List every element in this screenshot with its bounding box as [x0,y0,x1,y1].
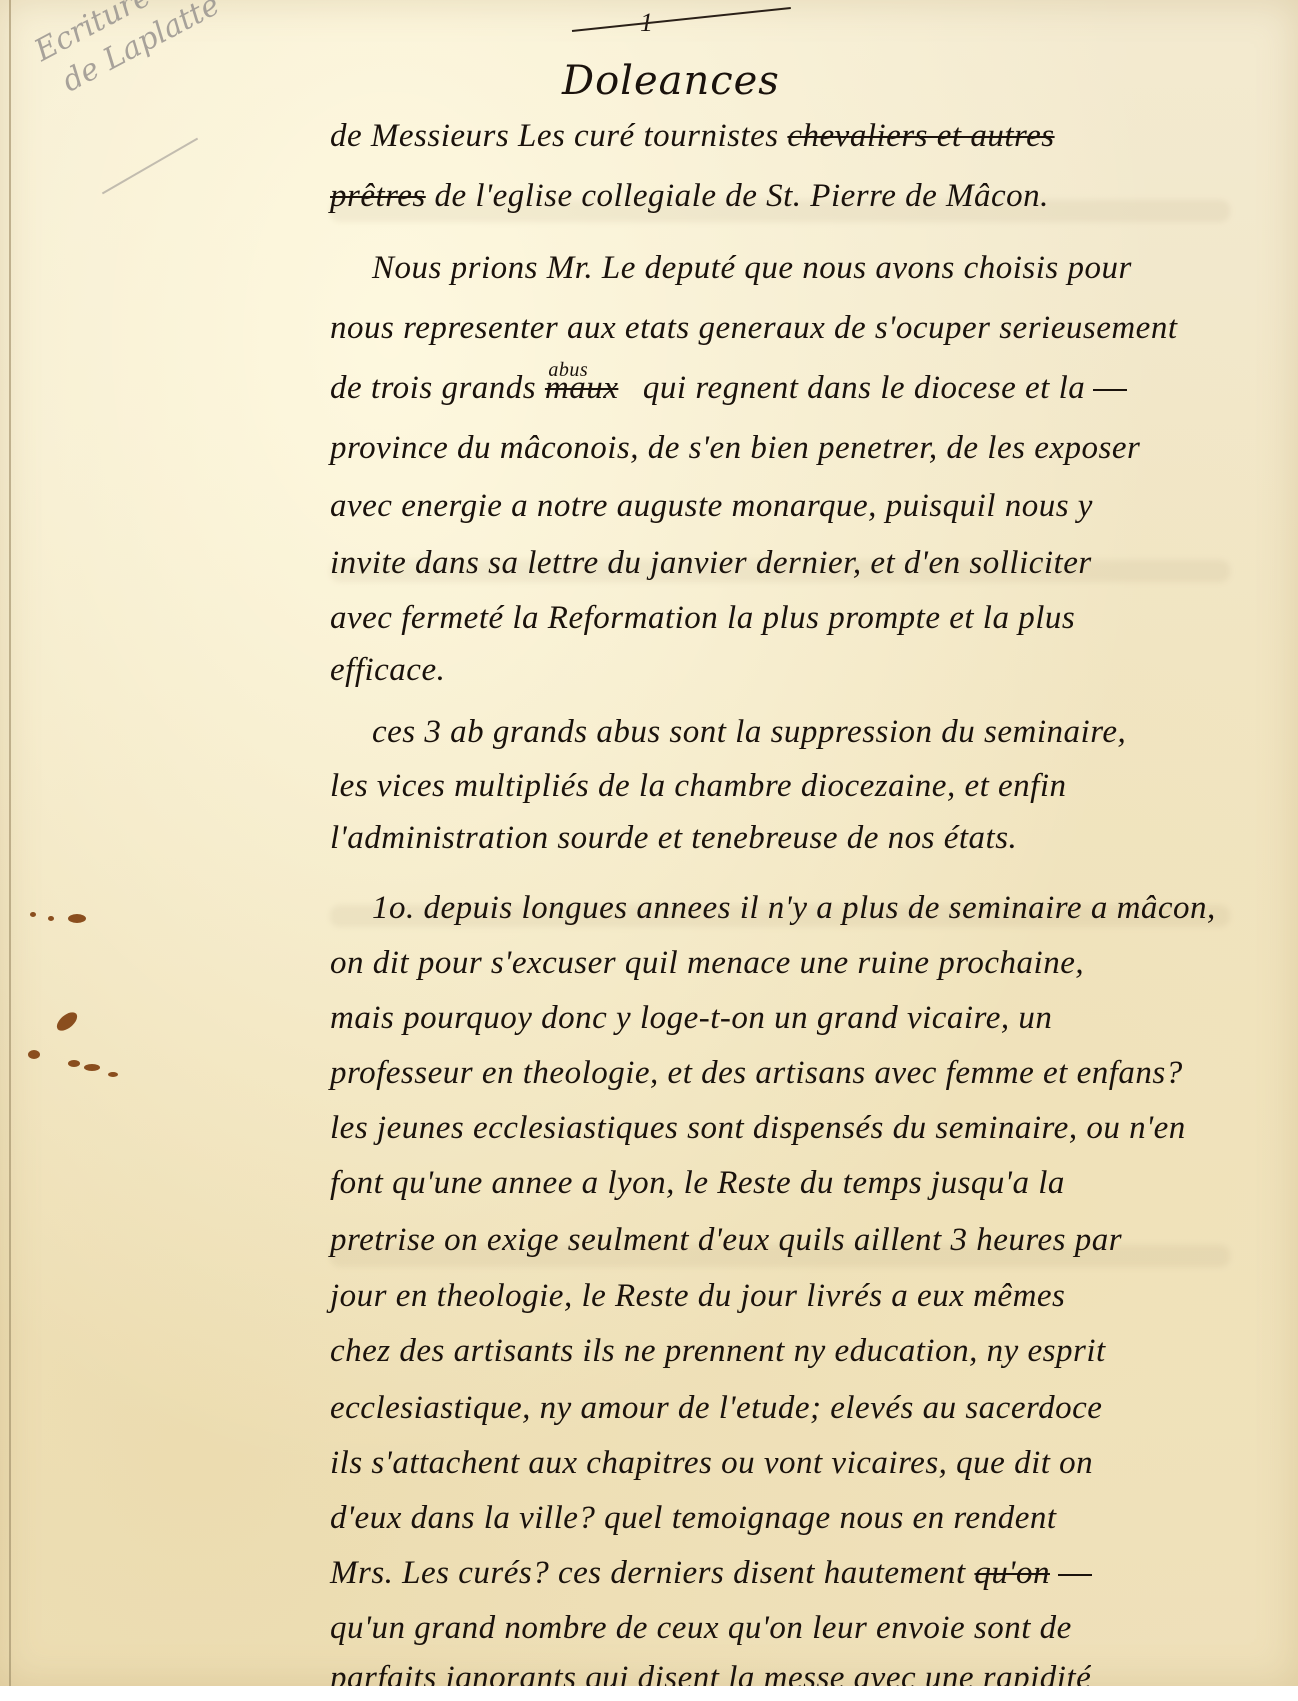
text-line: de trois grands mauxabus qui regnent dan… [330,370,1127,407]
text-line: Mrs. Les curés? ces derniers disent haut… [330,1555,1092,1592]
line-filler [1058,1574,1092,1576]
text-line: nous representer aux etats generaux de s… [330,310,1178,347]
text-line: professeur en theologie, et des artisans… [330,1055,1183,1092]
struck-text: chevaliers et autres [787,118,1054,154]
ink-stain [48,916,54,921]
text-line: jour en theologie, le Reste du jour livr… [330,1278,1065,1315]
interlinear-insertion: abus [548,359,588,381]
text-line: ces 3 ab grands abus sont la suppression… [372,714,1126,751]
document-title: Doleances [562,58,780,104]
text-line: province du mâconois, de s'en bien penet… [330,430,1140,467]
text-line: chez des artisants ils ne prennent ny ed… [330,1333,1106,1370]
text-line: l'administration sourde et tenebreuse de… [330,820,1017,857]
text-line: ecclesiastique, ny amour de l'etude; ele… [330,1390,1102,1427]
text-line: qu'un grand nombre de ceux qu'on leur en… [330,1610,1072,1647]
text-line: font qu'une annee a lyon, le Reste du te… [330,1165,1065,1202]
manuscript-page: Ecriture de Laplatte 1 Doleances de Mess… [0,0,1298,1686]
text-line: 1o. depuis longues annees il n'y a plus … [372,890,1216,927]
ink-stain [108,1072,118,1077]
line-filler [1093,389,1127,391]
heading-text: de l'eglise collegiale de St. Pierre de … [426,178,1049,214]
struck-text: qu'on [974,1555,1050,1591]
text-line: Nous prions Mr. Le deputé que nous avons… [372,250,1132,287]
text-line: ils s'attachent aux chapitres ou vont vi… [330,1445,1093,1482]
text-line: les jeunes ecclesiastiques sont dispensé… [330,1110,1186,1147]
text-line: mais pourquoy donc y loge-t-on un grand … [330,1000,1052,1037]
ink-stain [84,1064,100,1071]
text-line: parfaits ignorants qui disent la messe a… [330,1660,1091,1686]
text-line: d'eux dans la ville? quel temoignage nou… [330,1500,1057,1537]
text-line: avec energie a notre auguste monarque, p… [330,488,1093,525]
text-line: avec fermeté la Reformation la plus prom… [330,600,1075,637]
line-segment: qui regnent dans le diocese et la [634,370,1085,406]
text-line: efficace. [330,652,445,689]
text-line: les vices multipliés de la chambre dioce… [330,768,1067,805]
margin-note: Ecriture de Laplatte [28,0,266,168]
line-segment: Mrs. Les curés? ces derniers disent haut… [330,1555,974,1591]
header-rule [572,7,791,32]
text-line: invite dans sa lettre du janvier dernier… [330,545,1092,582]
struck-text: prêtres [330,178,426,214]
ink-stain [30,912,36,917]
text-line: pretrise on exige seulment d'eux quils a… [330,1222,1122,1259]
ink-stain [68,914,86,923]
heading-line: prêtres de l'eglise collegiale de St. Pi… [330,178,1049,215]
ink-stain [68,1060,80,1067]
text-line: on dit pour s'excuser quil menace une ru… [330,945,1084,982]
line-segment: de trois grands [330,370,545,406]
fold-line [9,0,11,1686]
ink-stain [54,1009,81,1034]
ink-stain [28,1050,40,1059]
heading-line: de Messieurs Les curé tournistes chevali… [330,118,1055,155]
heading-text: de Messieurs Les curé tournistes [330,118,787,154]
